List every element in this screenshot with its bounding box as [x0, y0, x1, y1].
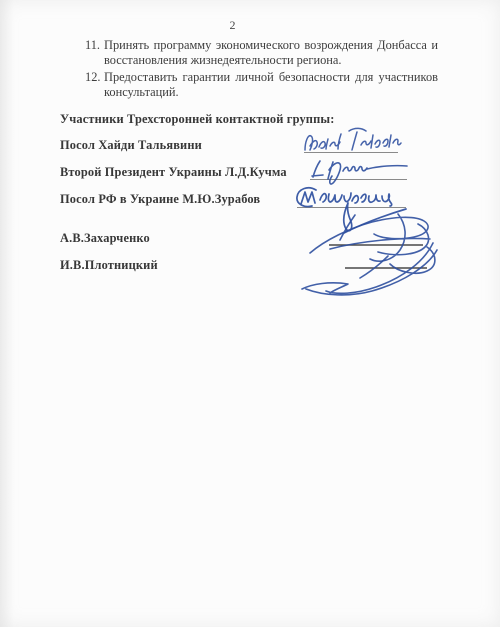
signatory-label-plotnitsky: И.В.Плотницкий: [60, 258, 158, 273]
list-item-text: Принять программу экономического возрожд…: [104, 38, 438, 67]
list-item: 11. Принять программу экономического воз…: [85, 38, 438, 67]
list-item: 12. Предоставить гарантии личной безопас…: [85, 70, 438, 99]
signature-zurabov-icon: [297, 188, 406, 233]
signature-tagliavini-icon: [305, 128, 401, 150]
document-page: 2 11. Принять программу экономического в…: [0, 0, 500, 627]
list-item-number: 12.: [85, 70, 101, 85]
signature-zakharchenko-icon: [310, 214, 430, 261]
page-number: 2: [0, 18, 465, 33]
signatory-label-zurabov: Посол РФ в Украине М.Ю.Зурабов: [60, 192, 260, 207]
signature-plotnitsky-icon: [302, 243, 437, 295]
signature-kuchma-icon: [312, 161, 407, 184]
participants-heading: Участники Трехсторонней контактной групп…: [60, 112, 334, 127]
list-item-text: Предоставить гарантии личной безопасност…: [104, 70, 438, 99]
list-item-number: 11.: [85, 38, 100, 53]
signatory-label-zakharchenko: А.В.Захарченко: [60, 231, 150, 246]
signatory-label-tagliavini: Посол Хайди Тальявини: [60, 138, 202, 153]
signatory-label-kuchma: Второй Президент Украины Л.Д.Кучма: [60, 165, 287, 180]
